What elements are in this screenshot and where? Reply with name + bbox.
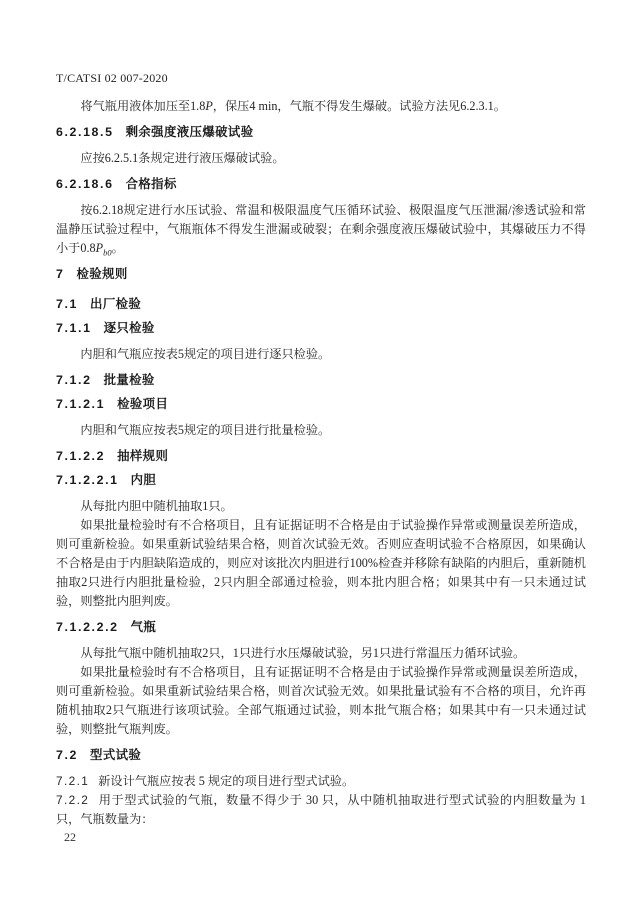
clause-number: 7.2 xyxy=(56,748,78,762)
pressure-variable: P xyxy=(205,99,212,113)
variable-subscript: b0 xyxy=(103,247,112,257)
text-run: 用于型式试验的气瓶，数量不得少于 30 只，从中随机抽取进行型式试验的内胆数量为… xyxy=(56,793,586,826)
liner-sampling-text-1: 从每批内胆中随机抽取1只。 xyxy=(56,497,586,516)
clause-title: 气瓶 xyxy=(131,620,157,634)
clause-title: 检验项目 xyxy=(117,397,168,411)
clause-7-2-heading: 7.2型式试验 xyxy=(56,748,586,763)
section-7-heading: 7检验规则 xyxy=(56,267,586,282)
clause-7-1-heading: 7.1出厂检验 xyxy=(56,297,586,312)
clause-title: 内胆 xyxy=(131,473,157,487)
clause-title: 抽样规则 xyxy=(117,449,168,463)
clause-title: 出厂检验 xyxy=(90,297,141,311)
clause-7-2-1-text: 7.2.1新设计气瓶应按表 5 规定的项目进行型式试验。 xyxy=(56,772,586,791)
clause-number: 7.1 xyxy=(56,297,78,311)
clause-title: 合格指标 xyxy=(126,177,177,191)
clause-title: 批量检验 xyxy=(104,373,155,387)
burst-pressure-variable: P xyxy=(96,241,103,255)
clause-title: 型式试验 xyxy=(90,748,141,762)
cylinder-sampling-text-2: 如果批量检验时有不合格项目，且有证据证明不合格是由于试验操作异常或测量误差所造成… xyxy=(56,663,586,739)
clause-title: 逐只检验 xyxy=(104,321,155,335)
document-body: T/CATSI 02 007-2020 将气瓶用液体加压至1.8P，保压4 mi… xyxy=(56,71,586,829)
clause-title: 检验规则 xyxy=(77,267,128,281)
clause-6-2-18-4-text: 将气瓶用液体加压至1.8P，保压4 min，气瓶不得发生爆破。试验方法见6.2.… xyxy=(56,97,586,116)
clause-7-2-2-text: 7.2.2用于型式试验的气瓶，数量不得少于 30 只，从中随机抽取进行型式试验的… xyxy=(56,791,586,829)
clause-number: 7.2.1 xyxy=(56,774,89,788)
clause-number: 7.2.2 xyxy=(56,793,89,807)
clause-6-2-18-6-text: 按6.2.18规定进行水压试验、常温和极限温度气压循环试验、极限温度气压泄漏/渗… xyxy=(56,201,586,258)
document-page: T/CATSI 02 007-2020 将气瓶用液体加压至1.8P，保压4 mi… xyxy=(0,0,640,906)
text-run: 。 xyxy=(112,241,124,255)
clause-number: 6.2.18.6 xyxy=(56,177,114,191)
standard-code-header: T/CATSI 02 007-2020 xyxy=(56,71,586,85)
page-number: 22 xyxy=(64,830,76,844)
clause-number: 7.1.2.2.2 xyxy=(56,620,119,634)
text-run: 按6.2.18规定进行水压试验、常温和极限温度气压循环试验、极限温度气压泄漏/渗… xyxy=(56,203,586,255)
clause-number: 7.1.1 xyxy=(56,321,92,335)
clause-7-1-1-text: 内胆和气瓶应按表5规定的项目进行逐只检验。 xyxy=(56,345,586,364)
clause-number: 7.1.2.2.1 xyxy=(56,473,119,487)
text-run: 新设计气瓶应按表 5 规定的项目进行型式试验。 xyxy=(98,774,354,788)
clause-7-1-2-2-heading: 7.1.2.2抽样规则 xyxy=(56,449,586,464)
text-run: ，保压4 min，气瓶不得发生爆破。试验方法见6.2.3.1。 xyxy=(213,99,506,113)
clause-7-1-2-2-1-heading: 7.1.2.2.1内胆 xyxy=(56,473,586,488)
clause-7-1-1-heading: 7.1.1逐只检验 xyxy=(56,321,586,336)
clause-6-2-18-5-heading: 6.2.18.5剩余强度液压爆破试验 xyxy=(56,125,586,140)
clause-number: 6.2.18.5 xyxy=(56,125,114,139)
clause-6-2-18-6-heading: 6.2.18.6合格指标 xyxy=(56,177,586,192)
clause-7-1-2-1-text: 内胆和气瓶应按表5规定的项目进行批量检验。 xyxy=(56,421,586,440)
text-run: 将气瓶用液体加压至1.8 xyxy=(80,99,205,113)
clause-title: 剩余强度液压爆破试验 xyxy=(126,125,254,139)
clause-7-1-2-2-2-heading: 7.1.2.2.2气瓶 xyxy=(56,620,586,635)
clause-7-1-2-heading: 7.1.2批量检验 xyxy=(56,373,586,388)
liner-sampling-text-2: 如果批量检验时有不合格项目，且有证据证明不合格是由于试验操作异常或测量误差所造成… xyxy=(56,516,586,611)
clause-number: 7.1.2 xyxy=(56,373,92,387)
clause-6-2-18-5-text: 应按6.2.5.1条规定进行液压爆破试验。 xyxy=(56,149,586,168)
clause-number: 7 xyxy=(56,267,65,281)
clause-7-1-2-1-heading: 7.1.2.1检验项目 xyxy=(56,397,586,412)
clause-number: 7.1.2.1 xyxy=(56,397,105,411)
clause-number: 7.1.2.2 xyxy=(56,449,105,463)
cylinder-sampling-text-1: 从每批气瓶中随机抽取2只，1只进行水压爆破试验，另1只进行常温压力循环试验。 xyxy=(56,644,586,663)
